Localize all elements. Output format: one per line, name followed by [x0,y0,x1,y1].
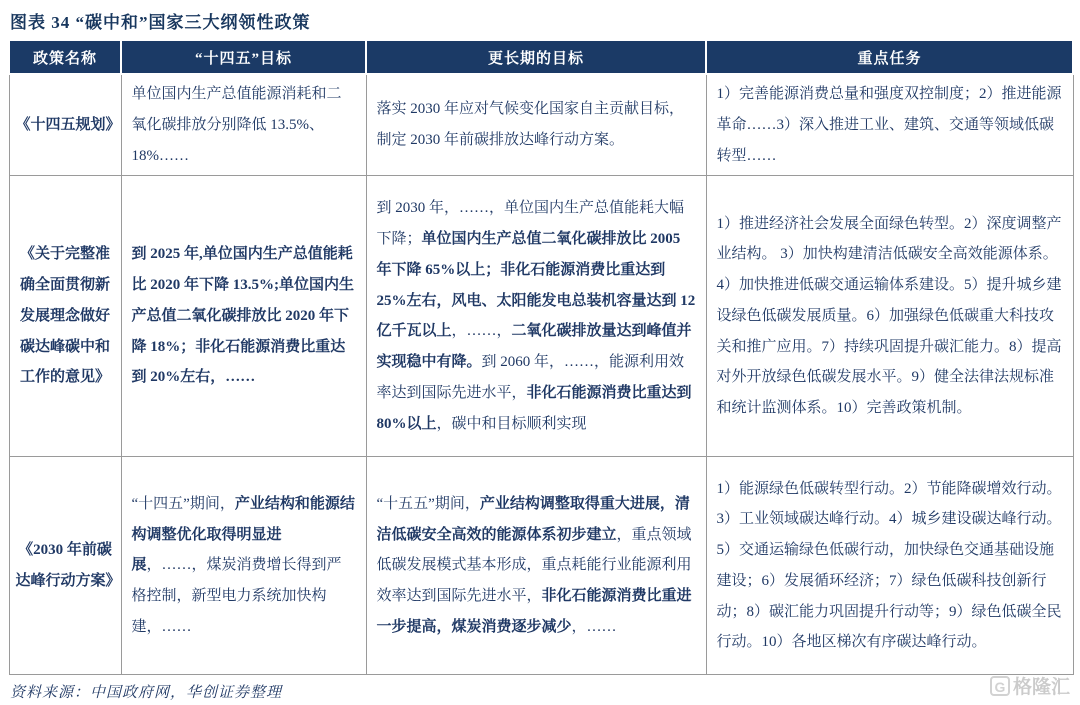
cell-longterm: “十五五”期间，产业结构调整取得重大进展，清洁低碳安全高效的能源体系初步建立，重… [366,457,706,675]
table-body: 《十四五规划》单位国内生产总值能源消耗和二氧化碳排放分别降低 13.5%、18%… [9,74,1073,675]
text-segment: ，碳中和目标顺利实现 [437,416,587,432]
text-segment: 落实 2030 年应对气候变化国家自主贡献目标，制定 2030 年前碳排放达峰行… [377,101,685,148]
text-segment: 《2030 年前碳达峰行动方案》 [16,542,121,589]
cell-name: 《关于完整准确全面贯彻新发展理念做好碳达峰碳中和工作的意见》 [9,176,121,457]
page: 图表 34 “碳中和”国家三大纲领性政策 政策名称 “十四五”目标 更长期的目标… [0,0,1080,705]
text-segment: 1）能源绿色低碳转型行动。2）节能降碳增效行动。3）工业领域碳达峰行动。4）城乡… [717,481,1062,651]
table-row: 《2030 年前碳达峰行动方案》“十四五”期间，产业结构和能源结构调整优化取得明… [9,457,1073,675]
source-note: 资料来源：中国政府网，华创证券整理 [8,681,1072,702]
text-segment: 1）推进经济社会发展全面绿色转型。2）深度调整产业结构。 3）加快构建清洁低碳安… [717,216,1062,417]
text-segment: 到 2025 年,单位国内生产总值能耗比 2020 年下降 13.5%;单位国内… [132,246,355,385]
text-segment: ，…… [572,619,617,635]
cell-tasks: 1）能源绿色低碳转型行动。2）节能降碳增效行动。3）工业领域碳达峰行动。4）城乡… [706,457,1073,675]
header-longer-term-goal: 更长期的目标 [366,40,706,74]
text-segment: 1）完善能源消费总量和强度双控制度；2）推进能源革命……3）深入推进工业、建筑、… [717,86,1062,164]
watermark-text: 格隆汇 [1013,672,1070,699]
cell-tasks: 1）完善能源消费总量和强度双控制度；2）推进能源革命……3）深入推进工业、建筑、… [706,74,1073,176]
text-segment: “十四五”期间， [132,496,235,512]
cell-name: 《十四五规划》 [9,74,121,176]
text-segment: ，……， [452,323,512,339]
gelonghui-watermark: G 格隆汇 [990,672,1070,699]
policy-table: 政策名称 “十四五”目标 更长期的目标 重点任务 《十四五规划》单位国内生产总值… [8,39,1074,675]
cell-goal14: 到 2025 年,单位国内生产总值能耗比 2020 年下降 13.5%;单位国内… [121,176,366,457]
cell-goal14: 单位国内生产总值能源消耗和二氧化碳排放分别降低 13.5%、18%…… [121,74,366,176]
figure-title: 图表 34 “碳中和”国家三大纲领性政策 [8,6,1072,39]
text-segment: ，……，煤炭消费增长得到严格控制，新型电力系统加快构建，…… [132,557,342,635]
header-14th-five-year-goal: “十四五”目标 [121,40,366,74]
cell-longterm: 落实 2030 年应对气候变化国家自主贡献目标，制定 2030 年前碳排放达峰行… [366,74,706,176]
text-segment: 单位国内生产总值能源消耗和二氧化碳排放分别降低 13.5%、18%…… [132,86,342,164]
table-row: 《关于完整准确全面贯彻新发展理念做好碳达峰碳中和工作的意见》到 2025 年,单… [9,176,1073,457]
cell-longterm: 到 2030 年，……，单位国内生产总值能耗大幅下降；单位国内生产总值二氧化碳排… [366,176,706,457]
header-policy-name: 政策名称 [9,40,121,74]
text-segment: 《十四五规划》 [16,117,121,133]
table-row: 《十四五规划》单位国内生产总值能源消耗和二氧化碳排放分别降低 13.5%、18%… [9,74,1073,176]
text-segment: 《关于完整准确全面贯彻新发展理念做好碳达峰碳中和工作的意见》 [20,246,110,385]
text-segment: “十五五”期间， [377,496,480,512]
table-header-row: 政策名称 “十四五”目标 更长期的目标 重点任务 [9,40,1073,74]
cell-name: 《2030 年前碳达峰行动方案》 [9,457,121,675]
header-key-tasks: 重点任务 [706,40,1073,74]
gelonghui-logo-icon: G [990,676,1010,696]
cell-goal14: “十四五”期间，产业结构和能源结构调整优化取得明显进展，……，煤炭消费增长得到严… [121,457,366,675]
cell-tasks: 1）推进经济社会发展全面绿色转型。2）深度调整产业结构。 3）加快构建清洁低碳安… [706,176,1073,457]
